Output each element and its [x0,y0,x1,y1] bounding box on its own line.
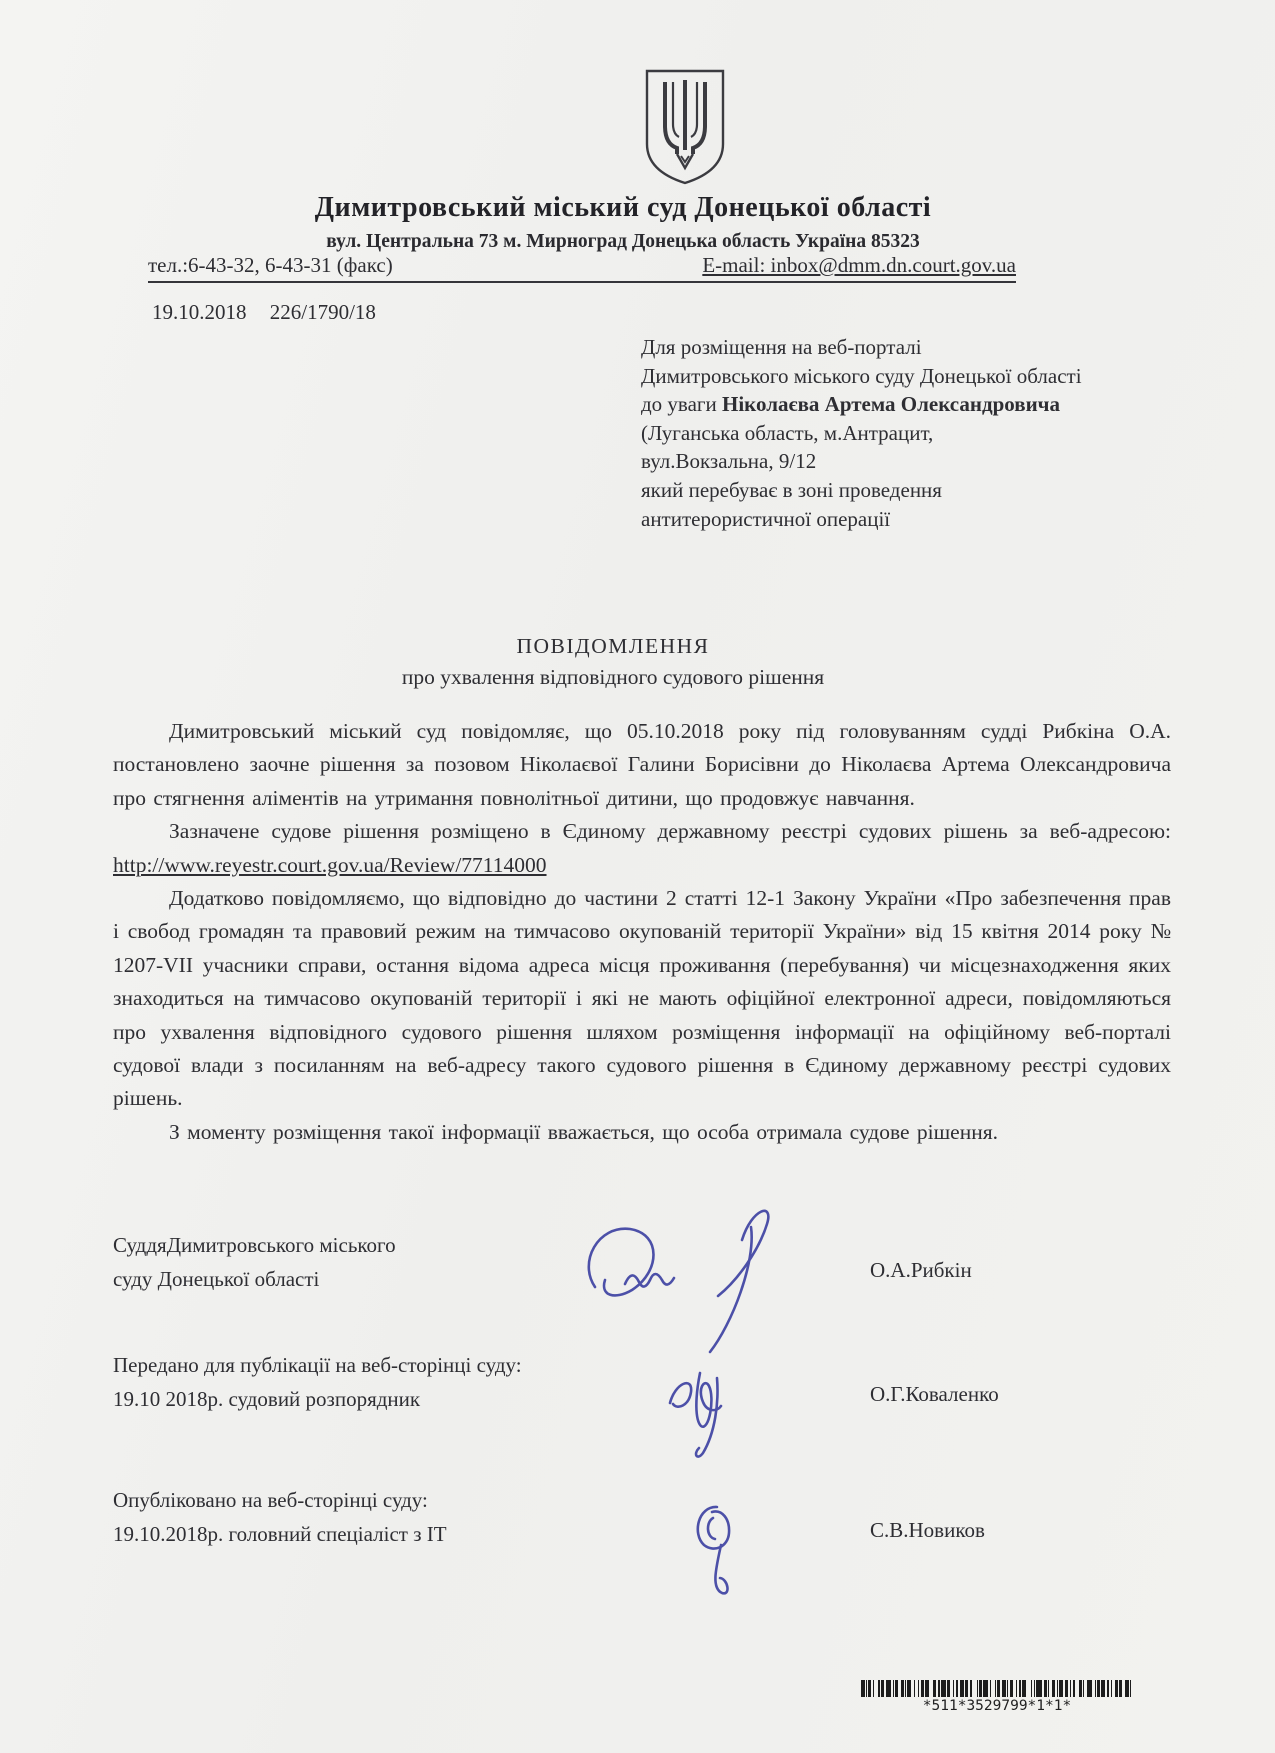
recipient-line: Для розміщення на веб-порталі [641,333,1181,362]
barcode: *511*3529799*1*1* [852,1680,1142,1714]
case-number: 226/1790/18 [270,300,376,324]
paragraph-registry: Зазначене судове рішення розміщено в Єди… [113,815,1171,882]
notice-subtitle: про ухвалення відповідного судового ріше… [113,665,1113,690]
paragraph-law: Додатково повідомляємо, що відповідно до… [113,882,1171,1116]
recipient-line: до уваги Ніколаєва Артема Олександровича [641,390,1181,419]
recipient-name: Ніколаєва Артема Олександровича [722,392,1060,416]
barcode-bars [852,1680,1142,1697]
judge-name: О.А.Рибкін [870,1258,972,1283]
recipient-line: Димитровського міського суду Донецької о… [641,362,1181,391]
court-address: вул. Центральна 73 м. Мирноград Донецька… [113,231,1133,253]
judge-role-line2: суду Донецької області [113,1262,396,1296]
it-role-label: Опубліковано на веб-сторінці суду: 19.10… [113,1483,447,1551]
decision-url-link[interactable]: http://www.reyestr.court.gov.ua/Review/7… [113,853,547,877]
it-role-line1: Опубліковано на веб-сторінці суду: [113,1483,447,1517]
paragraph-registry-text: Зазначене судове рішення розміщено в Єди… [169,819,1171,843]
court-name-title: Димитровський міський суд Донецької обла… [113,192,1133,224]
steward-signature [655,1358,765,1468]
recipient-block: Для розміщення на веб-порталі Димитровсь… [641,333,1181,533]
recipient-attn-prefix: до уваги [641,392,722,416]
court-email-link[interactable]: E-mail: inbox@dmm.dn.court.gov.ua [702,253,1016,278]
steward-role-line2: 19.10 2018р. судовий розпорядник [113,1382,522,1416]
contact-row: тел.:6-43-32, 6-43-31 (факс) E-mail: inb… [148,253,1016,283]
judge-signature [570,1192,800,1357]
judge-role-label: СуддяДимитровського міського суду Донець… [113,1228,396,1296]
barcode-label: *511*3529799*1*1* [852,1698,1142,1714]
it-role-line2: 19.10.2018р. головний спеціаліст з ІТ [113,1517,447,1551]
letter-body: Димитровський міський суд повідомляє, що… [113,715,1171,1149]
judge-role-line1: СуддяДимитровського міського [113,1228,396,1262]
steward-name: О.Г.Коваленко [870,1382,999,1407]
reference-line: 19.10.2018 226/1790/18 [152,300,394,325]
steward-role-label: Передано для публікації на веб-сторінці … [113,1348,522,1416]
notice-heading: ПОВІДОМЛЕННЯ про ухвалення відповідного … [113,634,1113,690]
recipient-address-line: (Луганська область, м.Антрацит, [641,419,1181,448]
paragraph-decision: Димитровський міський суд повідомляє, що… [113,715,1171,815]
it-name: С.В.Новиков [870,1518,985,1543]
recipient-address-line: вул.Вокзальна, 9/12 [641,447,1181,476]
court-phone: тел.:6-43-32, 6-43-31 (факс) [148,253,393,278]
coat-of-arms-emblem [640,68,730,186]
it-signature [682,1492,762,1612]
notice-title: ПОВІДОМЛЕННЯ [113,634,1113,659]
letter-date: 19.10.2018 [152,300,247,324]
recipient-note-line: який перебуває в зоні проведення [641,476,1181,505]
scanned-court-letter: Димитровський міський суд Донецької обла… [0,0,1275,1753]
paragraph-receipt: З моменту розміщення такої інформації вв… [113,1116,1171,1149]
ukraine-trident-icon [640,68,730,186]
recipient-note-line: антитерористичної операції [641,505,1181,534]
steward-role-line1: Передано для публікації на веб-сторінці … [113,1348,522,1382]
